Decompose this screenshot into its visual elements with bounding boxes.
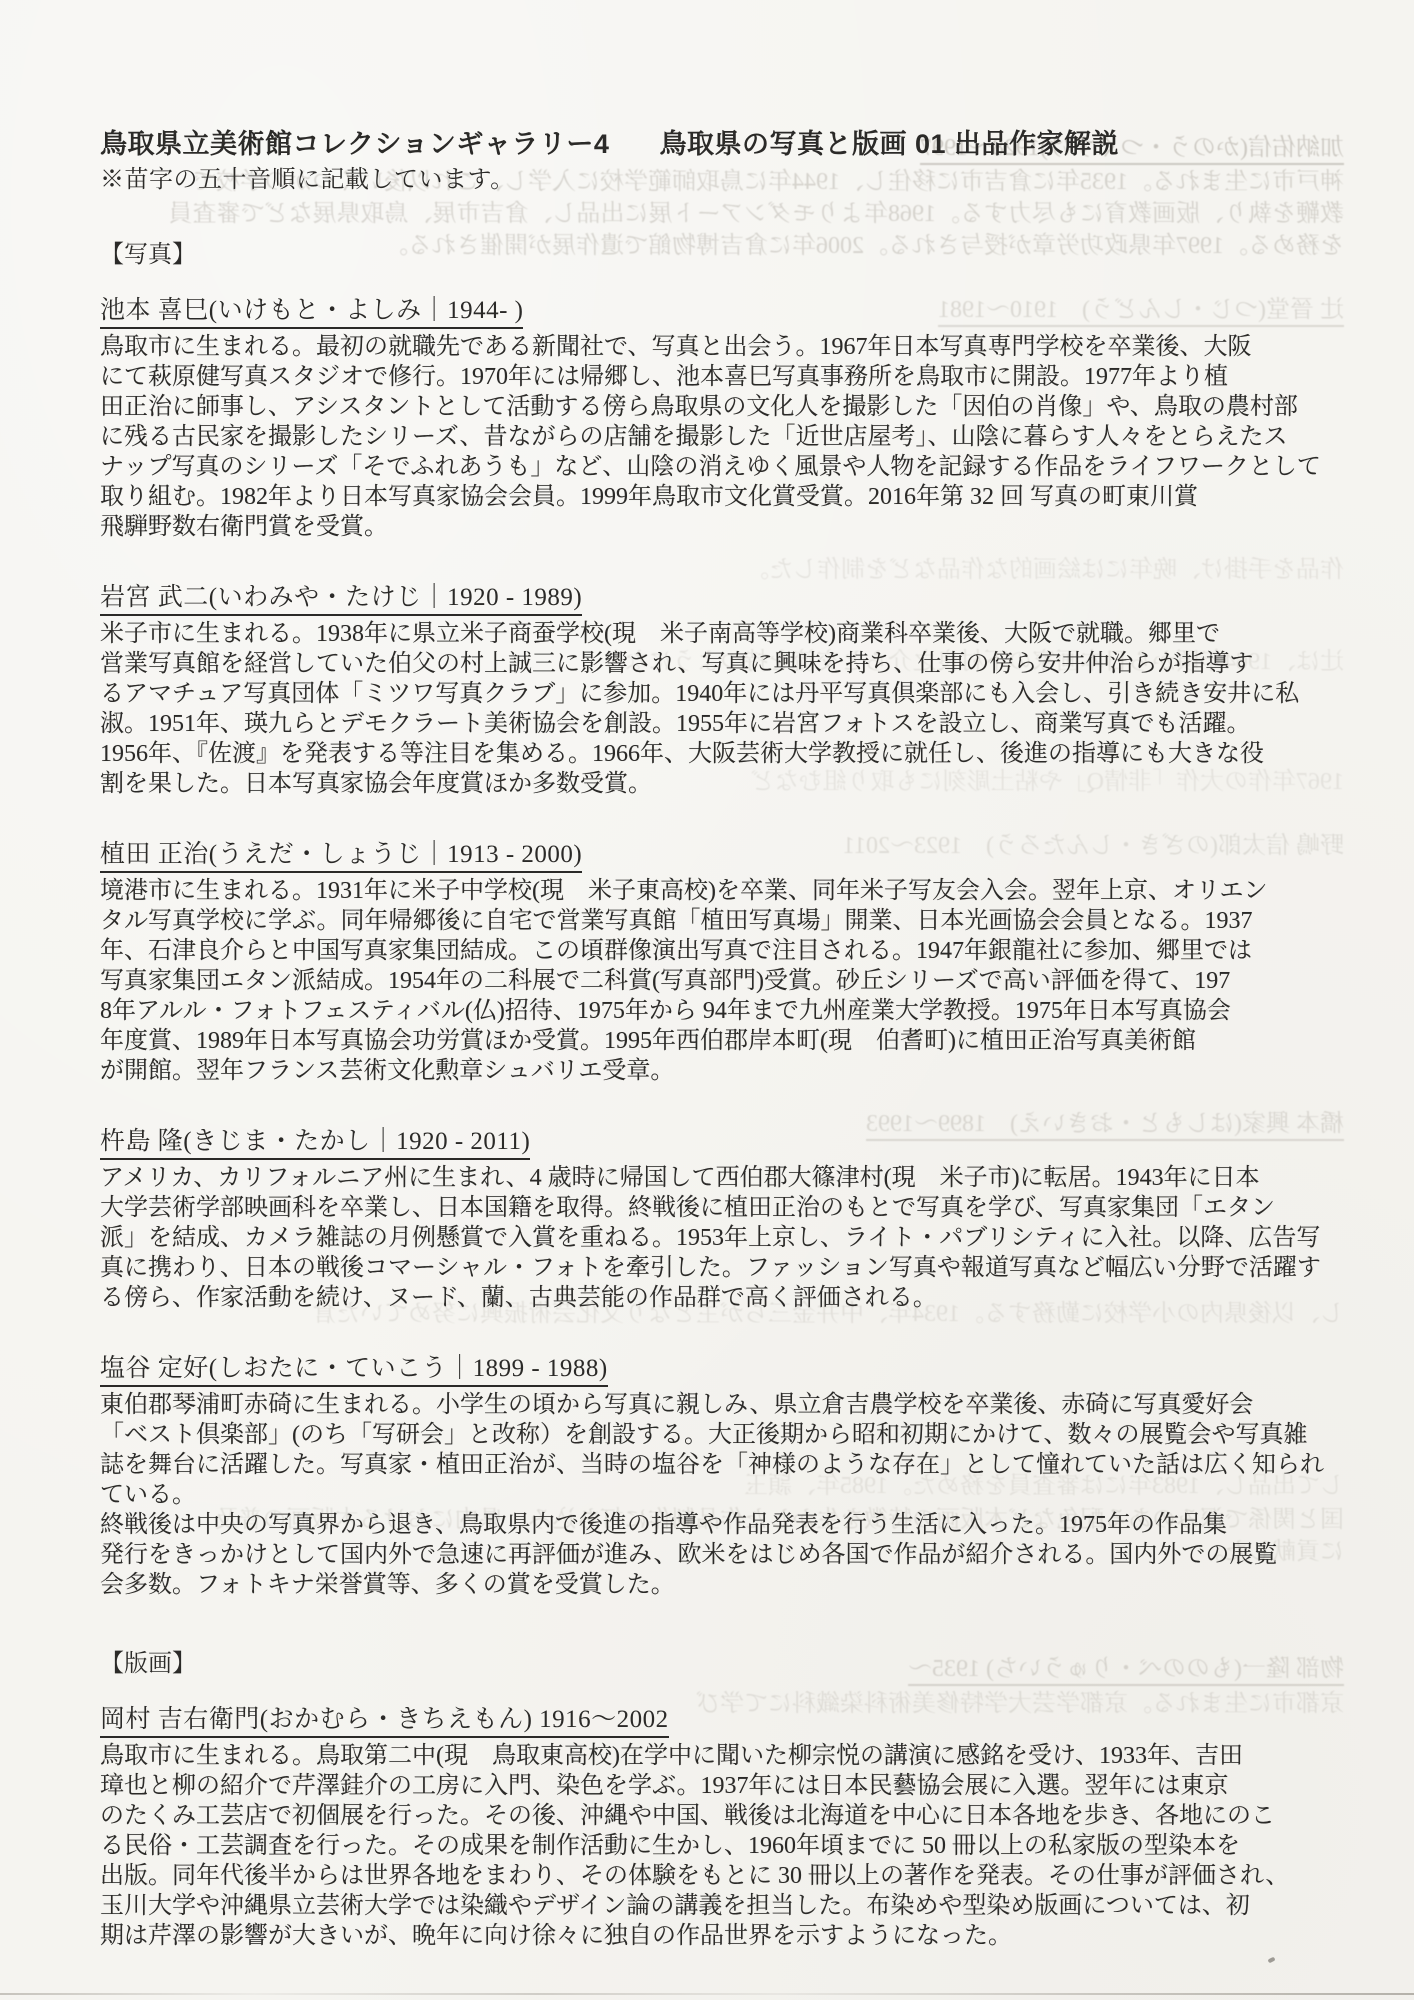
- body-line: る民俗・工芸調査を行った。その成果を制作活動に生かし、1960年頃までに 50 …: [100, 1831, 1344, 1861]
- artist-entry: 植田 正治(うえだ・しょうじ｜1913 - 2000)境港市に生まれる。1931…: [100, 839, 1344, 1086]
- exhibition-title: 鳥取県の写真と版画 01 出品作家解説: [659, 129, 1119, 159]
- artist-name: 杵島 隆(きじま・たかし｜1920 - 2011): [100, 1126, 530, 1160]
- body-line: 営業写真館を経営していた伯父の村上誠三に影響され、写真に興味を持ち、仕事の傍ら安…: [100, 649, 1344, 679]
- document-title: 鳥取県立美術館コレクションギャラリー4 鳥取県の写真と版画 01 出品作家解説: [100, 128, 1344, 161]
- body-line: 出版。同年代後半からは世界各地をまわり、その体験をもとに 30 冊以上の著作を発…: [100, 1861, 1344, 1891]
- artist-name: 塩谷 定好(しおたに・ていこう｜1899 - 1988): [100, 1353, 608, 1387]
- body-line: 発行をきっかけとして国内外で急速に再評価が進み、欧米をはじめ各国で作品が紹介され…: [100, 1540, 1344, 1570]
- body-line: に残る古民家を撮影したシリーズ、昔ながらの店舗を撮影した「近世店屋考」、山陰に暮…: [100, 422, 1344, 452]
- artist-name: 岩宮 武二(いわみや・たけじ｜1920 - 1989): [100, 582, 582, 616]
- body-line: る傍ら、作家活動を続け、ヌード、蘭、古典芸能の作品群で高く評価される。: [100, 1283, 1344, 1313]
- section-header: 【版画】: [100, 1648, 1344, 1680]
- document-content: 鳥取県立美術館コレクションギャラリー4 鳥取県の写真と版画 01 出品作家解説 …: [100, 128, 1344, 1951]
- artist-entry: 岩宮 武二(いわみや・たけじ｜1920 - 1989)米子市に生まれる。1938…: [100, 582, 1344, 799]
- body-line: 期は芹澤の影響が大きいが、晩年に向け徐々に独自の作品世界を示すようになった。: [100, 1921, 1344, 1951]
- body-line: アメリカ、カリフォルニア州に生まれ、4 歳時に帰国して西伯郡大篠津村(現 米子市…: [100, 1163, 1344, 1193]
- body-line: 淑。1951年、瑛九らとデモクラート美術協会を創設。1955年に岩宮フォトスを設…: [100, 709, 1344, 739]
- body-line: 境港市に生まれる。1931年に米子中学校(現 米子東高校)を卒業、同年米子写友会…: [100, 876, 1344, 906]
- body-line: 写真家集団エタン派結成。1954年の二科展で二科賞(写真部門)受賞。砂丘シリーズ…: [100, 966, 1344, 996]
- artist-entry: 塩谷 定好(しおたに・ていこう｜1899 - 1988)東伯郡琴浦町赤碕に生まれ…: [100, 1353, 1344, 1600]
- body-line: 玉川大学や沖縄県立芸術大学では染織やデザイン論の講義を担当した。布染めや型染め版…: [100, 1891, 1344, 1921]
- body-line: 大学芸術学部映画科を卒業し、日本国籍を取得。終戦後に植田正治のもとで写真を学び、…: [100, 1193, 1344, 1223]
- body-line: 田正治に師事し、アシスタントとして活動する傍ら鳥取県の文化人を撮影した「因伯の肖…: [100, 392, 1344, 422]
- body-line: 米子市に生まれる。1938年に県立米子商蚕学校(現 米子南高等学校)商業科卒業後…: [100, 619, 1344, 649]
- body-line: 派」を結成、カメラ雑誌の月例懸賞で入賞を重ねる。1953年上京し、ライト・パブリ…: [100, 1223, 1344, 1253]
- body-line: 鳥取市に生まれる。最初の就職先である新聞社で、写真と出会う。1967年日本写真専…: [100, 332, 1344, 362]
- body-line: のたくみ工芸店で初個展を行った。その後、沖縄や中国、戦後は北海道を中心に日本各地…: [100, 1801, 1344, 1831]
- body-line: にて萩原健写真スタジオで修行。1970年には帰郷し、池本喜巳写真事務所を鳥取市に…: [100, 362, 1344, 392]
- scan-speck-artifact: [1267, 1957, 1275, 1964]
- sections: 【写真】池本 喜巳(いけもと・よしみ｜1944- )鳥取市に生まれる。最初の就職…: [100, 239, 1344, 1951]
- section: 【版画】岡村 吉右衛門(おかむら・きちえもん) 1916～2002鳥取市に生まれ…: [100, 1648, 1344, 1951]
- scanned-document-page: 加納佑信(かのう・つぐすけ)1928～1997神戸市に生まれる。1935年に倉吉…: [0, 0, 1414, 2000]
- body-line: 飛騨野数右衛門賞を受賞。: [100, 512, 1344, 542]
- body-line: 年、石津良介らと中国写真家集団結成。この頃群像演出写真で注目される。1947年銀…: [100, 936, 1344, 966]
- scan-edge-artifact: [0, 1993, 1414, 1995]
- body-line: 「ベスト倶楽部」(のち「写研会」と改称）を創設する。大正後期から昭和初期にかけて…: [100, 1420, 1344, 1450]
- body-line: 真に携わり、日本の戦後コマーシャル・フォトを牽引した。ファッション写真や報道写真…: [100, 1253, 1344, 1283]
- body-line: 終戦後は中央の写真界から退き、鳥取県内で後進の指導や作品発表を行う生活に入った。…: [100, 1510, 1344, 1540]
- section: 【写真】池本 喜巳(いけもと・よしみ｜1944- )鳥取市に生まれる。最初の就職…: [100, 239, 1344, 1600]
- ordering-note: ※苗字の五十音順に記載しています。: [100, 165, 1344, 195]
- body-line: 会多数。フォトキナ栄誉賞等、多くの賞を受賞した。: [100, 1570, 1344, 1600]
- body-line: 誌を舞台に活躍した。写真家・植田正治が、当時の塩谷を「神様のような存在」として憧…: [100, 1450, 1344, 1480]
- body-line: 東伯郡琴浦町赤碕に生まれる。小学生の頃から写真に親しみ、県立倉吉農学校を卒業後、…: [100, 1390, 1344, 1420]
- body-line: ナップ写真のシリーズ「そでふれあうも」など、山陰の消えゆく風景や人物を記録する作…: [100, 452, 1344, 482]
- body-line: 璋也と柳の紹介で芹澤銈介の工房に入門、染色を学ぶ。1937年には日本民藝協会展に…: [100, 1771, 1344, 1801]
- body-line: ている。: [100, 1480, 1344, 1510]
- gallery-title: 鳥取県立美術館コレクションギャラリー4: [100, 129, 609, 159]
- artist-name: 植田 正治(うえだ・しょうじ｜1913 - 2000): [100, 839, 582, 873]
- body-line: るアマチュア写真団体「ミツワ写真クラブ」に参加。1940年には丹平写真倶楽部にも…: [100, 679, 1344, 709]
- body-line: 取り組む。1982年より日本写真家協会会員。1999年鳥取市文化賞受賞。2016…: [100, 482, 1344, 512]
- body-line: 割を果した。日本写真家協会年度賞ほか多数受賞。: [100, 769, 1344, 799]
- section-header: 【写真】: [100, 239, 1344, 271]
- body-line: タル写真学校に学ぶ。同年帰郷後に自宅で営業写真館「植田写真場」開業、日本光画協会…: [100, 906, 1344, 936]
- body-line: が開館。翌年フランス芸術文化勲章シュバリエ受章。: [100, 1056, 1344, 1086]
- artist-entry: 杵島 隆(きじま・たかし｜1920 - 2011)アメリカ、カリフォルニア州に生…: [100, 1126, 1344, 1313]
- artist-entry: 岡村 吉右衛門(おかむら・きちえもん) 1916～2002鳥取市に生まれる。鳥取…: [100, 1704, 1344, 1951]
- body-line: 年度賞、1989年日本写真協会功労賞ほか受賞。1995年西伯郡岸本町(現 伯耆町…: [100, 1026, 1344, 1056]
- artist-entry: 池本 喜巳(いけもと・よしみ｜1944- )鳥取市に生まれる。最初の就職先である…: [100, 295, 1344, 542]
- body-line: 8年アルル・フォトフェスティバル(仏)招待、1975年から 94年まで九州産業大…: [100, 996, 1344, 1026]
- body-line: 1956年、『佐渡』を発表する等注目を集める。1966年、大阪芸術大学教授に就任…: [100, 739, 1344, 769]
- artist-name: 池本 喜巳(いけもと・よしみ｜1944- ): [100, 295, 523, 329]
- artist-name: 岡村 吉右衛門(おかむら・きちえもん) 1916～2002: [100, 1704, 669, 1738]
- body-line: 鳥取市に生まれる。鳥取第二中(現 鳥取東高校)在学中に聞いた柳宗悦の講演に感銘を…: [100, 1741, 1344, 1771]
